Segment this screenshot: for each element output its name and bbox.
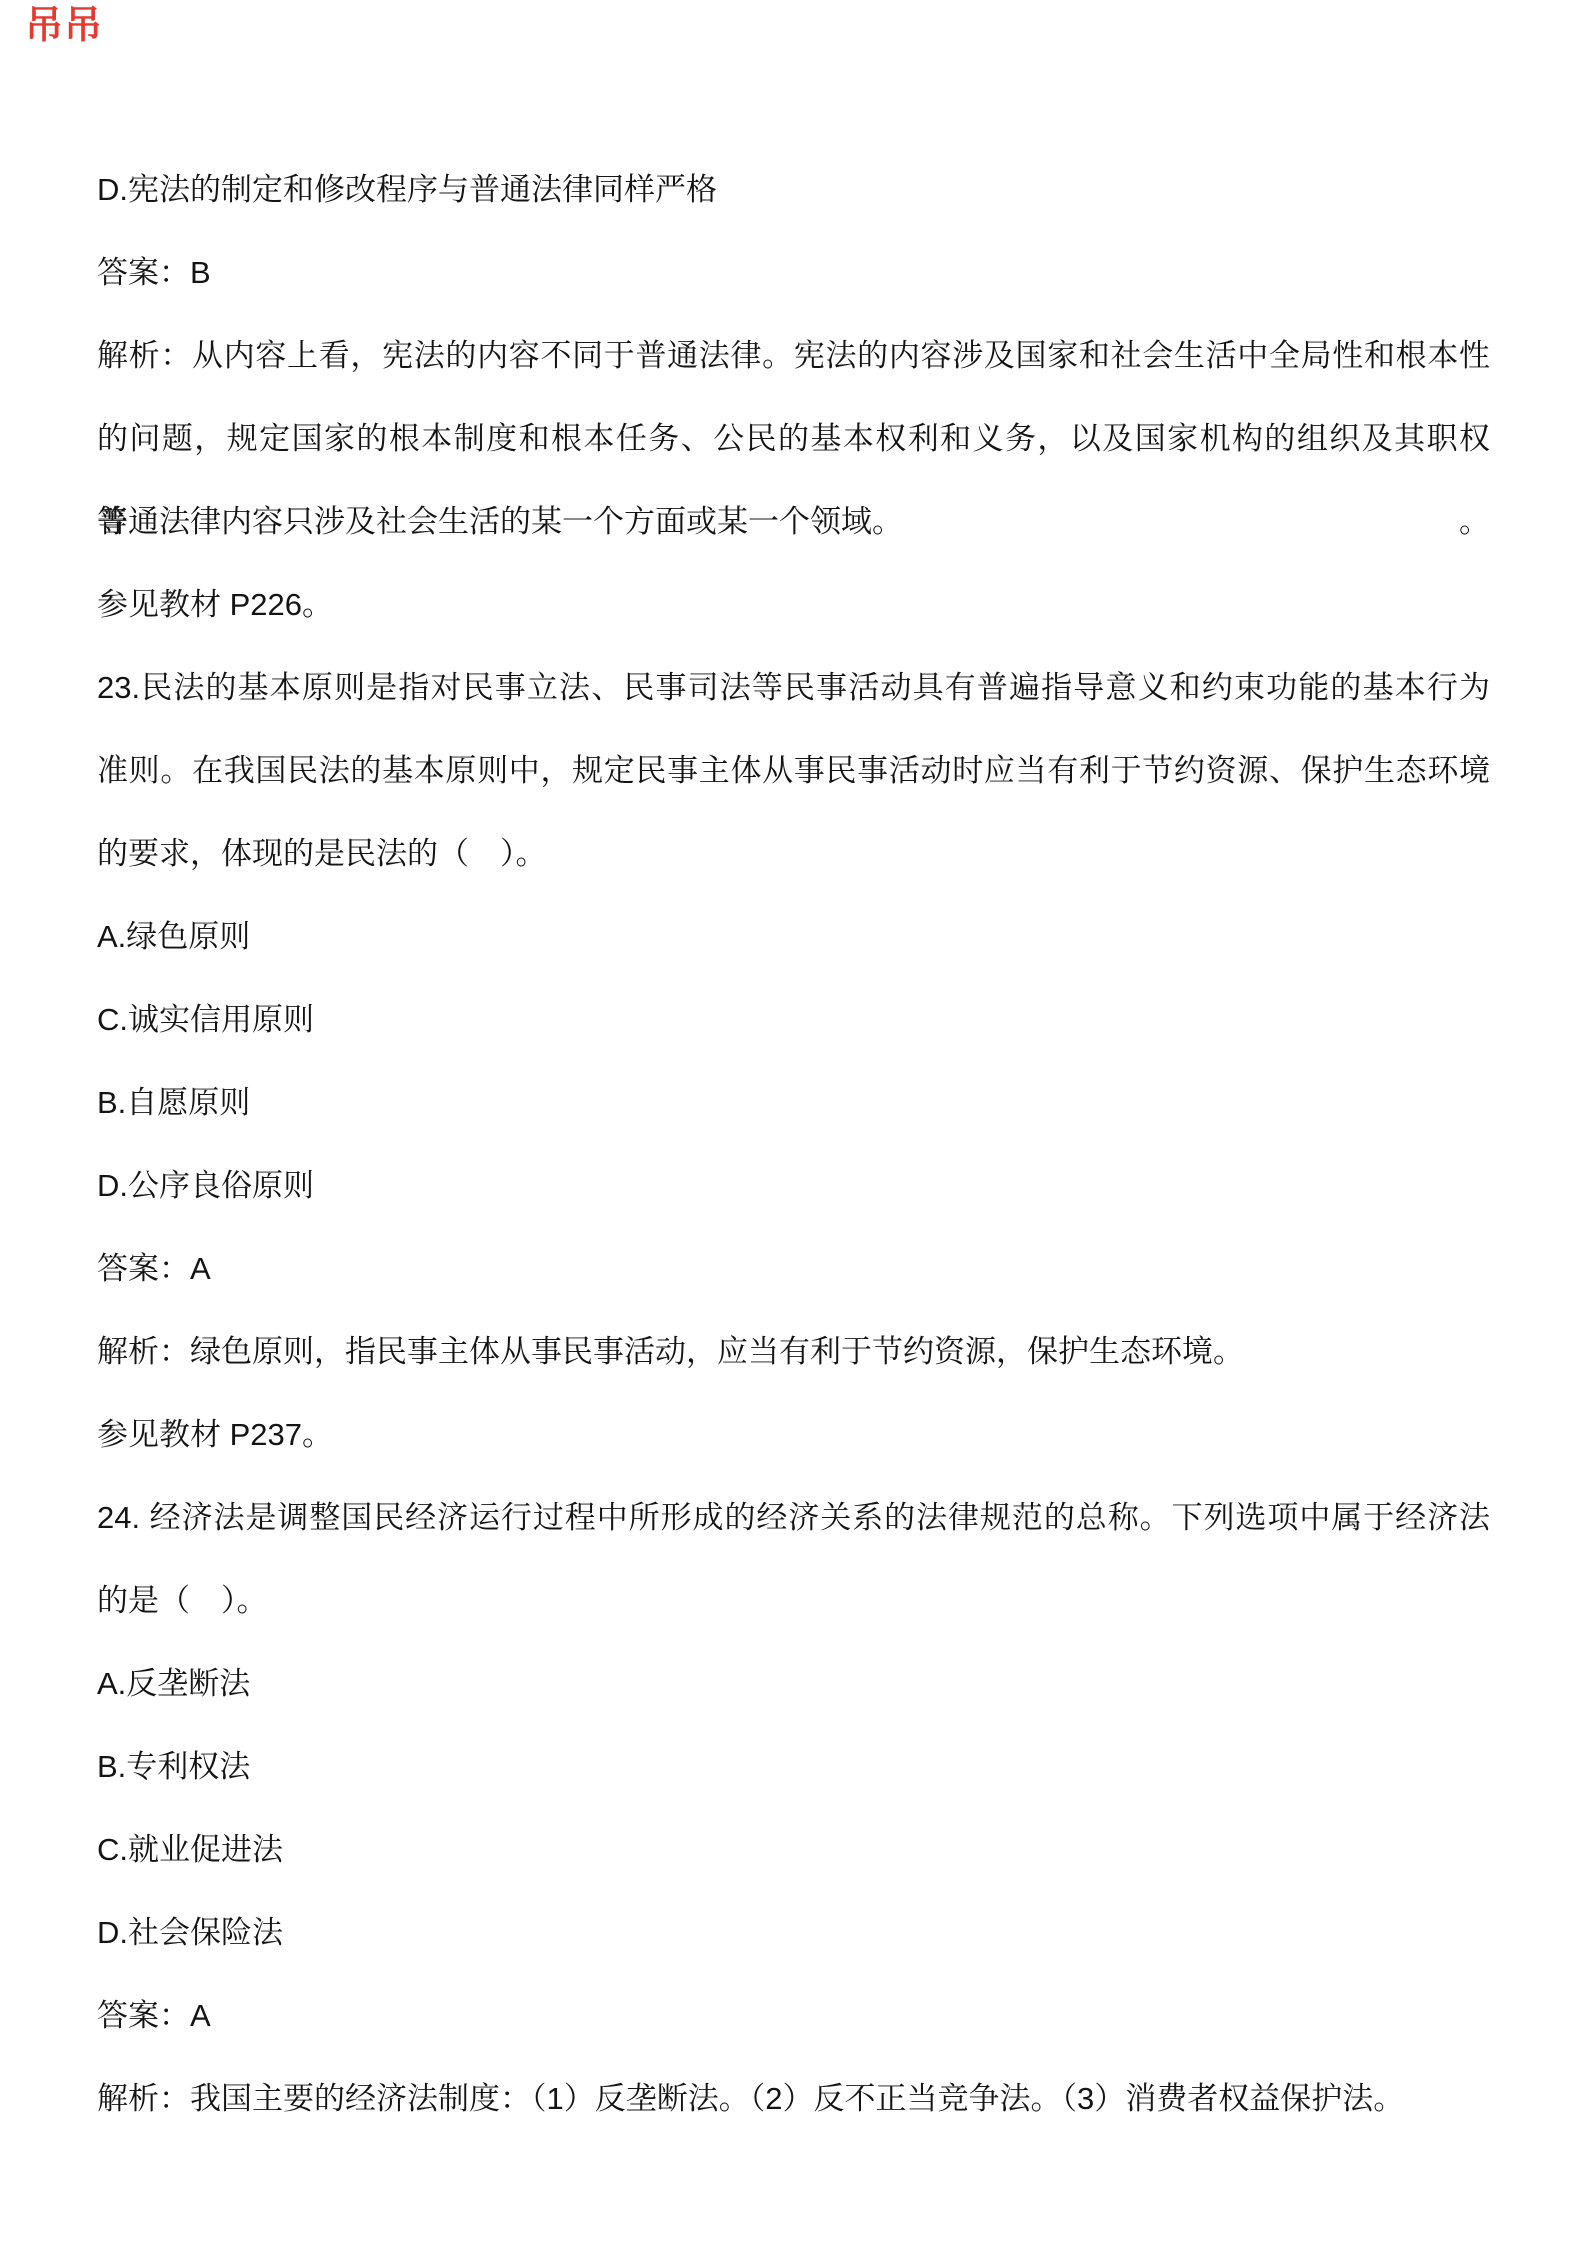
question-23-option-a: A.绿色原则 (97, 895, 1490, 978)
corner-watermark: 吊吊 (25, 2, 103, 50)
question-24-stem-1: 24. 经济法是调整国民经济运行过程中所形成的经济关系的法律规范的总称。下列选项… (97, 1476, 1490, 1559)
question-22-answer: 答案：B (97, 231, 1490, 314)
question-23-option-c: C.诚实信用原则 (97, 978, 1490, 1061)
question-24-option-a: A.反垄断法 (97, 1642, 1490, 1725)
question-23-stem-2: 准则。在我国民法的基本原则中，规定民事主体从事民事活动时应当有利于节约资源、保护… (97, 729, 1490, 812)
document-content: D.宪法的制定和修改程序与普通法律同样严格答案：B解析：从内容上看，宪法的内容不… (97, 148, 1490, 2140)
question-24-option-b: B.专利权法 (97, 1725, 1490, 1808)
question-22-option-d: D.宪法的制定和修改程序与普通法律同样严格 (97, 148, 1490, 231)
question-23-stem-3: 的要求，体现的是民法的（ ）。 (97, 812, 1490, 895)
question-23-stem-1: 23.民法的基本原则是指对民事立法、民事司法等民事活动具有普遍指导意义和约束功能… (97, 646, 1490, 729)
question-23-answer: 答案：A (97, 1227, 1490, 1310)
question-24-analysis: 解析：我国主要的经济法制度：（1）反垄断法。（2）反不正当竞争法。（3）消费者权… (97, 2057, 1490, 2140)
question-23-option-d: D.公序良俗原则 (97, 1144, 1490, 1227)
question-23-analysis: 解析：绿色原则，指民事主体从事民事活动，应当有利于节约资源，保护生态环境。 (97, 1310, 1490, 1393)
question-23-option-b: B.自愿原则 (97, 1061, 1490, 1144)
question-22-analysis-1: 解析：从内容上看，宪法的内容不同于普通法律。宪法的内容涉及国家和社会生活中全局性… (97, 314, 1490, 397)
question-22-reference: 参见教材 P226。 (97, 563, 1490, 646)
question-24-option-d: D.社会保险法 (97, 1891, 1490, 1974)
question-24-stem-2: 的是（ ）。 (97, 1559, 1490, 1642)
question-24-answer: 答案：A (97, 1974, 1490, 2057)
question-24-option-c: C.就业促进法 (97, 1808, 1490, 1891)
question-22-analysis-2: 的问题，规定国家的根本制度和根本任务、公民的基本权利和义务，以及国家机构的组织及… (97, 397, 1490, 480)
document-page: 吊吊 D.宪法的制定和修改程序与普通法律同样严格答案：B解析：从内容上看，宪法的… (0, 0, 1587, 2245)
question-23-reference: 参见教材 P237。 (97, 1393, 1490, 1476)
